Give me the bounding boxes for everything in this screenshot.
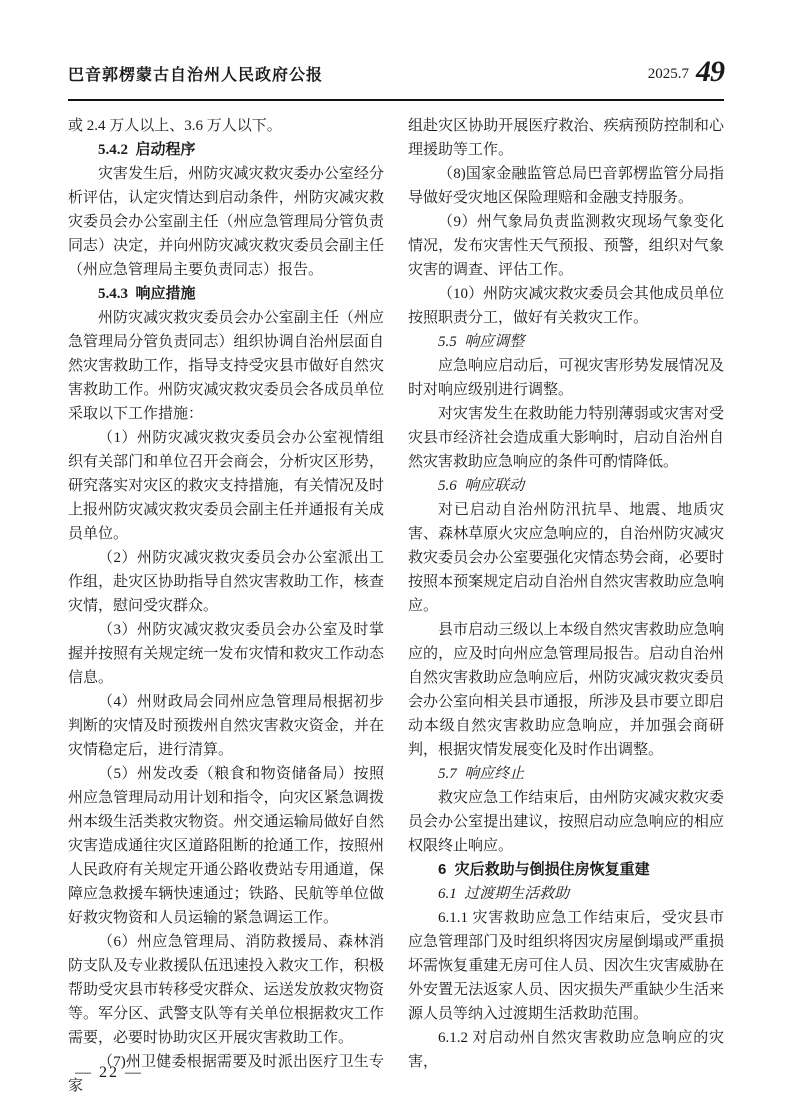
paragraph: 灾害发生后，州防灾减灾救灾委办公室经分析评估，认定灾情达到启动条件，州防灾减灾救…	[68, 162, 384, 282]
paragraph: 救灾应急工作结束后，由州防灾减灾救灾委员会办公室提出建议，按照启动应急响应的相应…	[408, 786, 724, 858]
section-heading: 5.4.2 启动程序	[68, 138, 384, 162]
paragraph: 应急响应启动后，可视灾害形势发展情况及时对响应级别进行调整。	[408, 354, 724, 402]
paragraph: 对已启动自治州防汛抗旱、地震、地质灾害、森林草原火灾应急响应的，自治州防灾减灾救…	[408, 498, 724, 618]
paragraph: （8)国家金融监管总局巴音郭楞监管分局指导做好受灾地区保险理赔和金融支持服务。	[408, 162, 724, 210]
paragraph: （9）州气象局负责监测救灾现场气象变化情况，发布灾害性天气预报、预警，组织对气象…	[408, 210, 724, 282]
paragraph: （5）州发改委（粮食和物资储备局）按照州应急管理局动用计划和指令，向灾区紧急调拨…	[68, 762, 384, 930]
body-columns: 或 2.4 万人以上、3.6 万人以下。5.4.2 启动程序灾害发生后，州防灾减…	[68, 114, 724, 1098]
section-heading: 5.5 响应调整	[408, 330, 724, 354]
section-heading: 5.7 响应终止	[408, 762, 724, 786]
paragraph: （3）州防灾减灾救灾委员会办公室及时掌握并按照有关规定统一发布灾情和救灾工作动态…	[68, 618, 384, 690]
paragraph: （10）州防灾减灾救灾委员会其他成员单位按照职责分工，做好有关救灾工作。	[408, 282, 724, 330]
issue-number: 49	[696, 58, 724, 85]
section-heading: 6.1 过渡期生活救助	[408, 882, 724, 906]
section-heading: 6 灾后救助与倒损住房恢复重建	[408, 858, 724, 882]
paragraph: （4）州财政局会同州应急管理局根据初步判断的灾情及时预拨州自然灾害救灾资金，并在…	[68, 690, 384, 762]
section-heading: 5.6 响应联动	[408, 474, 724, 498]
paragraph: 县市启动三级以上本级自然灾害救助应急响应的，应及时向州应急管理局报告。启动自治州…	[408, 618, 724, 762]
section-heading: 5.4.3 响应措施	[68, 282, 384, 306]
paragraph: 6.1.1 灾害救助应急工作结束后，受灾县市应急管理部门及时组织将因灾房屋倒塌或…	[408, 906, 724, 1026]
paragraph: （1）州防灾减灾救灾委员会办公室视情组织有关部门和单位召开会商会，分析灾区形势，…	[68, 426, 384, 546]
left-column: 或 2.4 万人以上、3.6 万人以下。5.4.2 启动程序灾害发生后，州防灾减…	[68, 114, 384, 1098]
issue-date: 2025.7	[648, 65, 689, 85]
page-header: 巴音郭楞蒙古自治州人民政府公报 2025.7 49	[68, 58, 724, 85]
right-column: 组赴灾区协助开展医疗救治、疾病预防控制和心理援助等工作。（8)国家金融监管总局巴…	[408, 114, 724, 1098]
paragraph: 对灾害发生在救助能力特别薄弱或灾害对受灾县市经济社会造成重大影响时，启动自治州自…	[408, 402, 724, 474]
gazette-title: 巴音郭楞蒙古自治州人民政府公报	[68, 66, 323, 85]
header-issue-info: 2025.7 49	[648, 58, 724, 85]
paragraph: 州防灾减灾救灾委员会办公室副主任（州应急管理局分管负责同志）组织协调自治州层面自…	[68, 306, 384, 426]
page-number: — 22 —	[75, 1064, 143, 1082]
gazette-page: 巴音郭楞蒙古自治州人民政府公报 2025.7 49 或 2.4 万人以上、3.6…	[0, 0, 790, 1118]
header-rule	[68, 99, 724, 101]
paragraph: 或 2.4 万人以上、3.6 万人以下。	[68, 114, 384, 138]
paragraph: 6.1.2 对启动州自然灾害救助应急响应的灾害，	[408, 1026, 724, 1074]
paragraph: 组赴灾区协助开展医疗救治、疾病预防控制和心理援助等工作。	[408, 114, 724, 162]
paragraph: （2）州防灾减灾救灾委员会办公室派出工作组，赴灾区协助指导自然灾害救助工作，核查…	[68, 546, 384, 618]
paragraph: （6）州应急管理局、消防救援局、森林消防支队及专业救援队伍迅速投入救灾工作，积极…	[68, 930, 384, 1050]
